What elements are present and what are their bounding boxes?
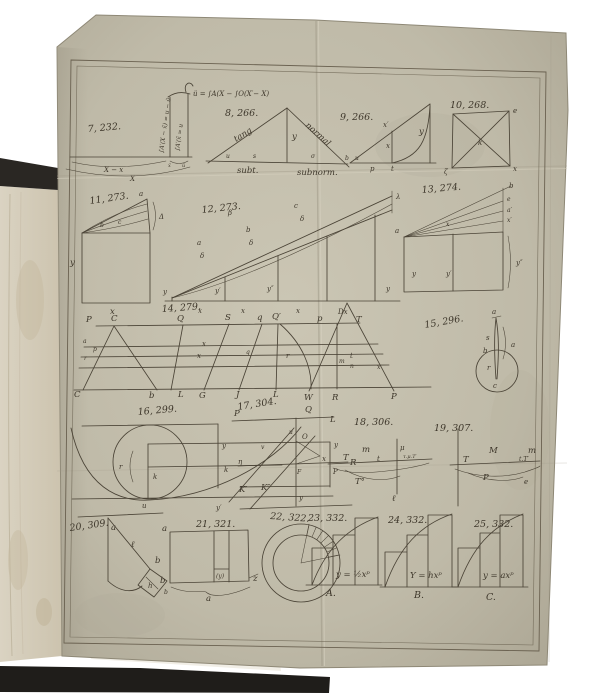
letter: z (252, 574, 258, 584)
letter: m (528, 446, 536, 456)
letter: q (246, 349, 250, 356)
figure-label: 19, 307. (434, 423, 473, 434)
letter: b (160, 576, 165, 586)
letter: b (155, 556, 160, 566)
letter: y (69, 258, 75, 268)
letter: W (304, 393, 314, 403)
letter: y (291, 132, 297, 142)
letter: n (350, 363, 354, 370)
letter: s (253, 153, 256, 160)
letter: x (241, 307, 245, 315)
brace-label: a (511, 341, 515, 349)
letter: R (331, 393, 339, 403)
letter: S (225, 313, 231, 323)
letter: u (142, 502, 147, 510)
figure-label: 23, 332. (307, 513, 347, 524)
letter: x′ (507, 217, 512, 224)
letter: s (486, 334, 490, 342)
letter: p (317, 314, 323, 324)
letter: β (227, 209, 232, 217)
letter: F (296, 469, 302, 476)
subnormal-label: subnorm. (297, 168, 338, 178)
subtangent-label: subt. (237, 166, 258, 176)
letter: b (246, 226, 251, 234)
page-stain (8, 530, 28, 590)
letter: u (226, 153, 230, 160)
letter: b (100, 222, 104, 229)
letter: p (370, 165, 375, 173)
letter: u (355, 155, 359, 162)
letter: L (329, 415, 336, 425)
letter: t (377, 455, 380, 463)
letter: a (111, 523, 116, 533)
photo-of-open-book: 7, 232. ü = ∫A(X − ∫O(X′− X) ∫A′(X − x̂)… (0, 0, 594, 700)
letter: Q′ (272, 312, 281, 322)
letter: δ (249, 239, 253, 247)
letter: c (294, 202, 298, 210)
letter: O (302, 433, 308, 441)
letter: T° (355, 477, 365, 487)
letter: Q (177, 314, 184, 324)
left-fold-shading (57, 47, 88, 656)
letter: q (257, 313, 263, 323)
letter: y′ (214, 287, 221, 295)
letter: u (289, 429, 293, 436)
equation: ü = ∫A(X − ∫O(X′− X) (193, 90, 269, 98)
letter: P (85, 315, 92, 325)
letter: K″ (260, 483, 271, 493)
letter: m (339, 358, 345, 365)
formula: y = ½xᵖ (335, 569, 370, 580)
plate-scene: 7, 232. ü = ∫A(X − ∫O(X′− X) ∫A′(X − x̂)… (0, 0, 594, 700)
letter: a (492, 308, 496, 316)
formula: y = axᵖ (482, 571, 514, 581)
figure-label: 21, 321. (195, 519, 235, 530)
page-stain (36, 598, 52, 626)
letter: P (482, 473, 489, 483)
letter: P (233, 409, 240, 419)
panel-letter: B. (413, 590, 424, 601)
letter: a (197, 239, 201, 247)
letter: a (162, 524, 167, 534)
letter: G (199, 391, 206, 401)
formula: Y = hxᵖ (410, 571, 442, 581)
tick-label: x̂ (168, 163, 171, 169)
tick-label: û (182, 162, 185, 169)
letter: k (153, 473, 157, 481)
brace-label: a (206, 594, 211, 604)
figure-label: 25, 332. (473, 519, 513, 530)
letter: b (509, 182, 514, 190)
letter: δ (200, 252, 204, 260)
letter: m (362, 445, 370, 455)
letter: K′ (238, 485, 247, 495)
letter: b (483, 347, 488, 355)
figure-label: 10, 268. (450, 100, 489, 111)
letter: t (350, 352, 353, 360)
letter: y″ (266, 285, 274, 293)
figure-label: 8, 266. (225, 108, 258, 119)
letter: a (395, 227, 399, 235)
paper-stain (75, 593, 165, 637)
letter: h (148, 582, 153, 590)
letter: b (164, 589, 168, 596)
letter: e (507, 196, 511, 203)
letter: c (493, 382, 497, 390)
figure-label: 24, 332. (387, 515, 427, 526)
letter: P (332, 468, 338, 476)
letter: x (386, 142, 390, 150)
letter: y′ (215, 504, 222, 512)
letter: C (111, 314, 118, 324)
letter: δ (300, 215, 304, 223)
letter: p (93, 346, 97, 353)
letter: b (149, 391, 154, 401)
letter: k (478, 139, 482, 147)
figure-label: 18, 306. (354, 417, 393, 428)
letter: x (322, 455, 326, 463)
letter: (y) (216, 573, 225, 580)
letter: x (197, 352, 201, 360)
letter: e (524, 478, 528, 486)
letter: a (139, 190, 143, 198)
letter: x (513, 165, 517, 173)
letter: e (513, 107, 517, 115)
letter: a′ (507, 207, 513, 214)
letter: x′ (383, 121, 389, 129)
letter-cluster: t.T′ (519, 456, 529, 463)
letter: ℓ (131, 540, 135, 550)
panel-letter: A. (325, 588, 336, 599)
page-stain (16, 260, 44, 340)
letter: b (345, 155, 349, 162)
letter: k (224, 466, 228, 474)
letter: Δ (158, 213, 164, 221)
letter: x (202, 340, 206, 348)
brace-label: X (129, 175, 136, 183)
book-cover-top-edge (0, 158, 58, 190)
brace-label: y″ (515, 259, 523, 267)
letter: P (390, 392, 397, 402)
letter: λ (395, 193, 400, 201)
panel-letter: C. (486, 592, 496, 603)
figure-label: 9, 266. (340, 112, 373, 123)
letter: Q (305, 405, 312, 415)
letter-cluster: τ.μ.T′ (403, 454, 418, 460)
letter: L (177, 390, 184, 400)
letter: ℓ (392, 494, 396, 504)
letter: a (83, 338, 87, 345)
letter: y′ (445, 270, 452, 278)
brace-label: X − x (103, 166, 123, 174)
letter: C (74, 390, 81, 400)
letter: x (296, 307, 300, 315)
letter: μ (400, 444, 405, 452)
letter: M (488, 446, 498, 456)
letter: t (391, 165, 394, 173)
letter: y (418, 127, 424, 137)
